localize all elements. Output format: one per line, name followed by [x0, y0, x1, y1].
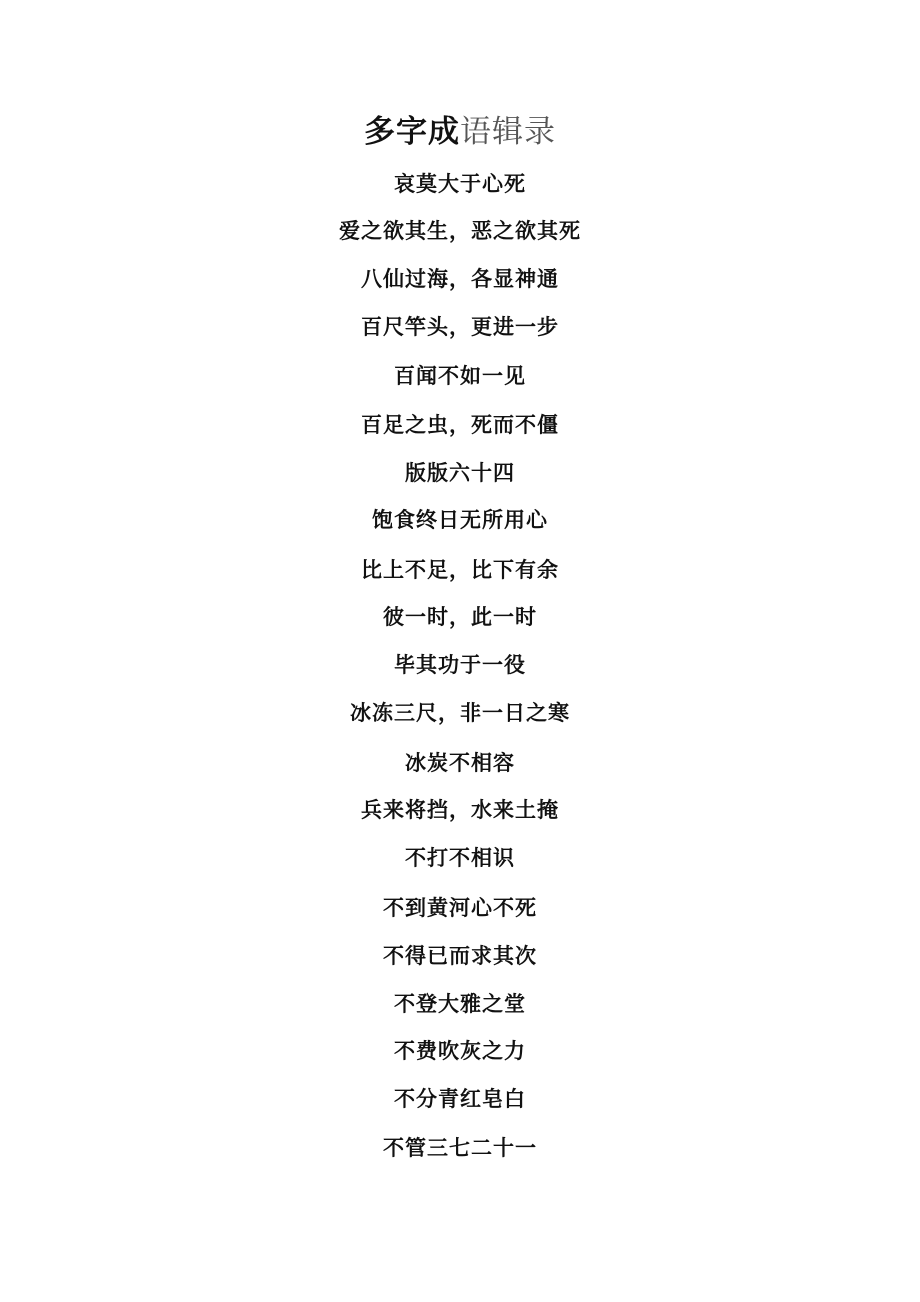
idiom-line: 不分青红皂白	[0, 1085, 920, 1113]
idiom-line: 比上不足，比下有余	[0, 556, 920, 584]
title-light-part: 语辑录	[460, 114, 556, 150]
idiom-line: 百尺竿头，更进一步	[0, 313, 920, 341]
idiom-line: 八仙过海，各显神通	[0, 265, 920, 293]
idiom-line: 爱之欲其生，恶之欲其死	[0, 217, 920, 245]
idiom-line: 版版六十四	[0, 459, 920, 487]
idiom-line: 饱食终日无所用心	[0, 506, 920, 534]
idiom-line: 不管三七二十一	[0, 1134, 920, 1162]
idiom-line: 兵来将挡，水来土掩	[0, 796, 920, 824]
idiom-line: 不到黄河心不死	[0, 894, 920, 922]
idiom-line: 百闻不如一见	[0, 362, 920, 390]
document-page: 多字成语辑录 哀莫大于心死 爱之欲其生，恶之欲其死 八仙过海，各显神通 百尺竿头…	[0, 0, 920, 1302]
title-bold-part: 多字成	[364, 114, 460, 150]
idiom-line: 不打不相识	[0, 844, 920, 872]
idiom-line: 百足之虫，死而不僵	[0, 411, 920, 439]
idiom-line: 不得已而求其次	[0, 942, 920, 970]
document-title: 多字成语辑录	[0, 112, 920, 152]
idiom-line: 冰炭不相容	[0, 749, 920, 777]
idiom-line: 不登大雅之堂	[0, 990, 920, 1018]
idiom-line: 哀莫大于心死	[0, 170, 920, 198]
idiom-line: 冰冻三尺，非一日之寒	[0, 699, 920, 727]
idiom-line: 不费吹灰之力	[0, 1037, 920, 1065]
idiom-line: 彼一时，此一时	[0, 603, 920, 631]
idiom-line: 毕其功于一役	[0, 651, 920, 679]
